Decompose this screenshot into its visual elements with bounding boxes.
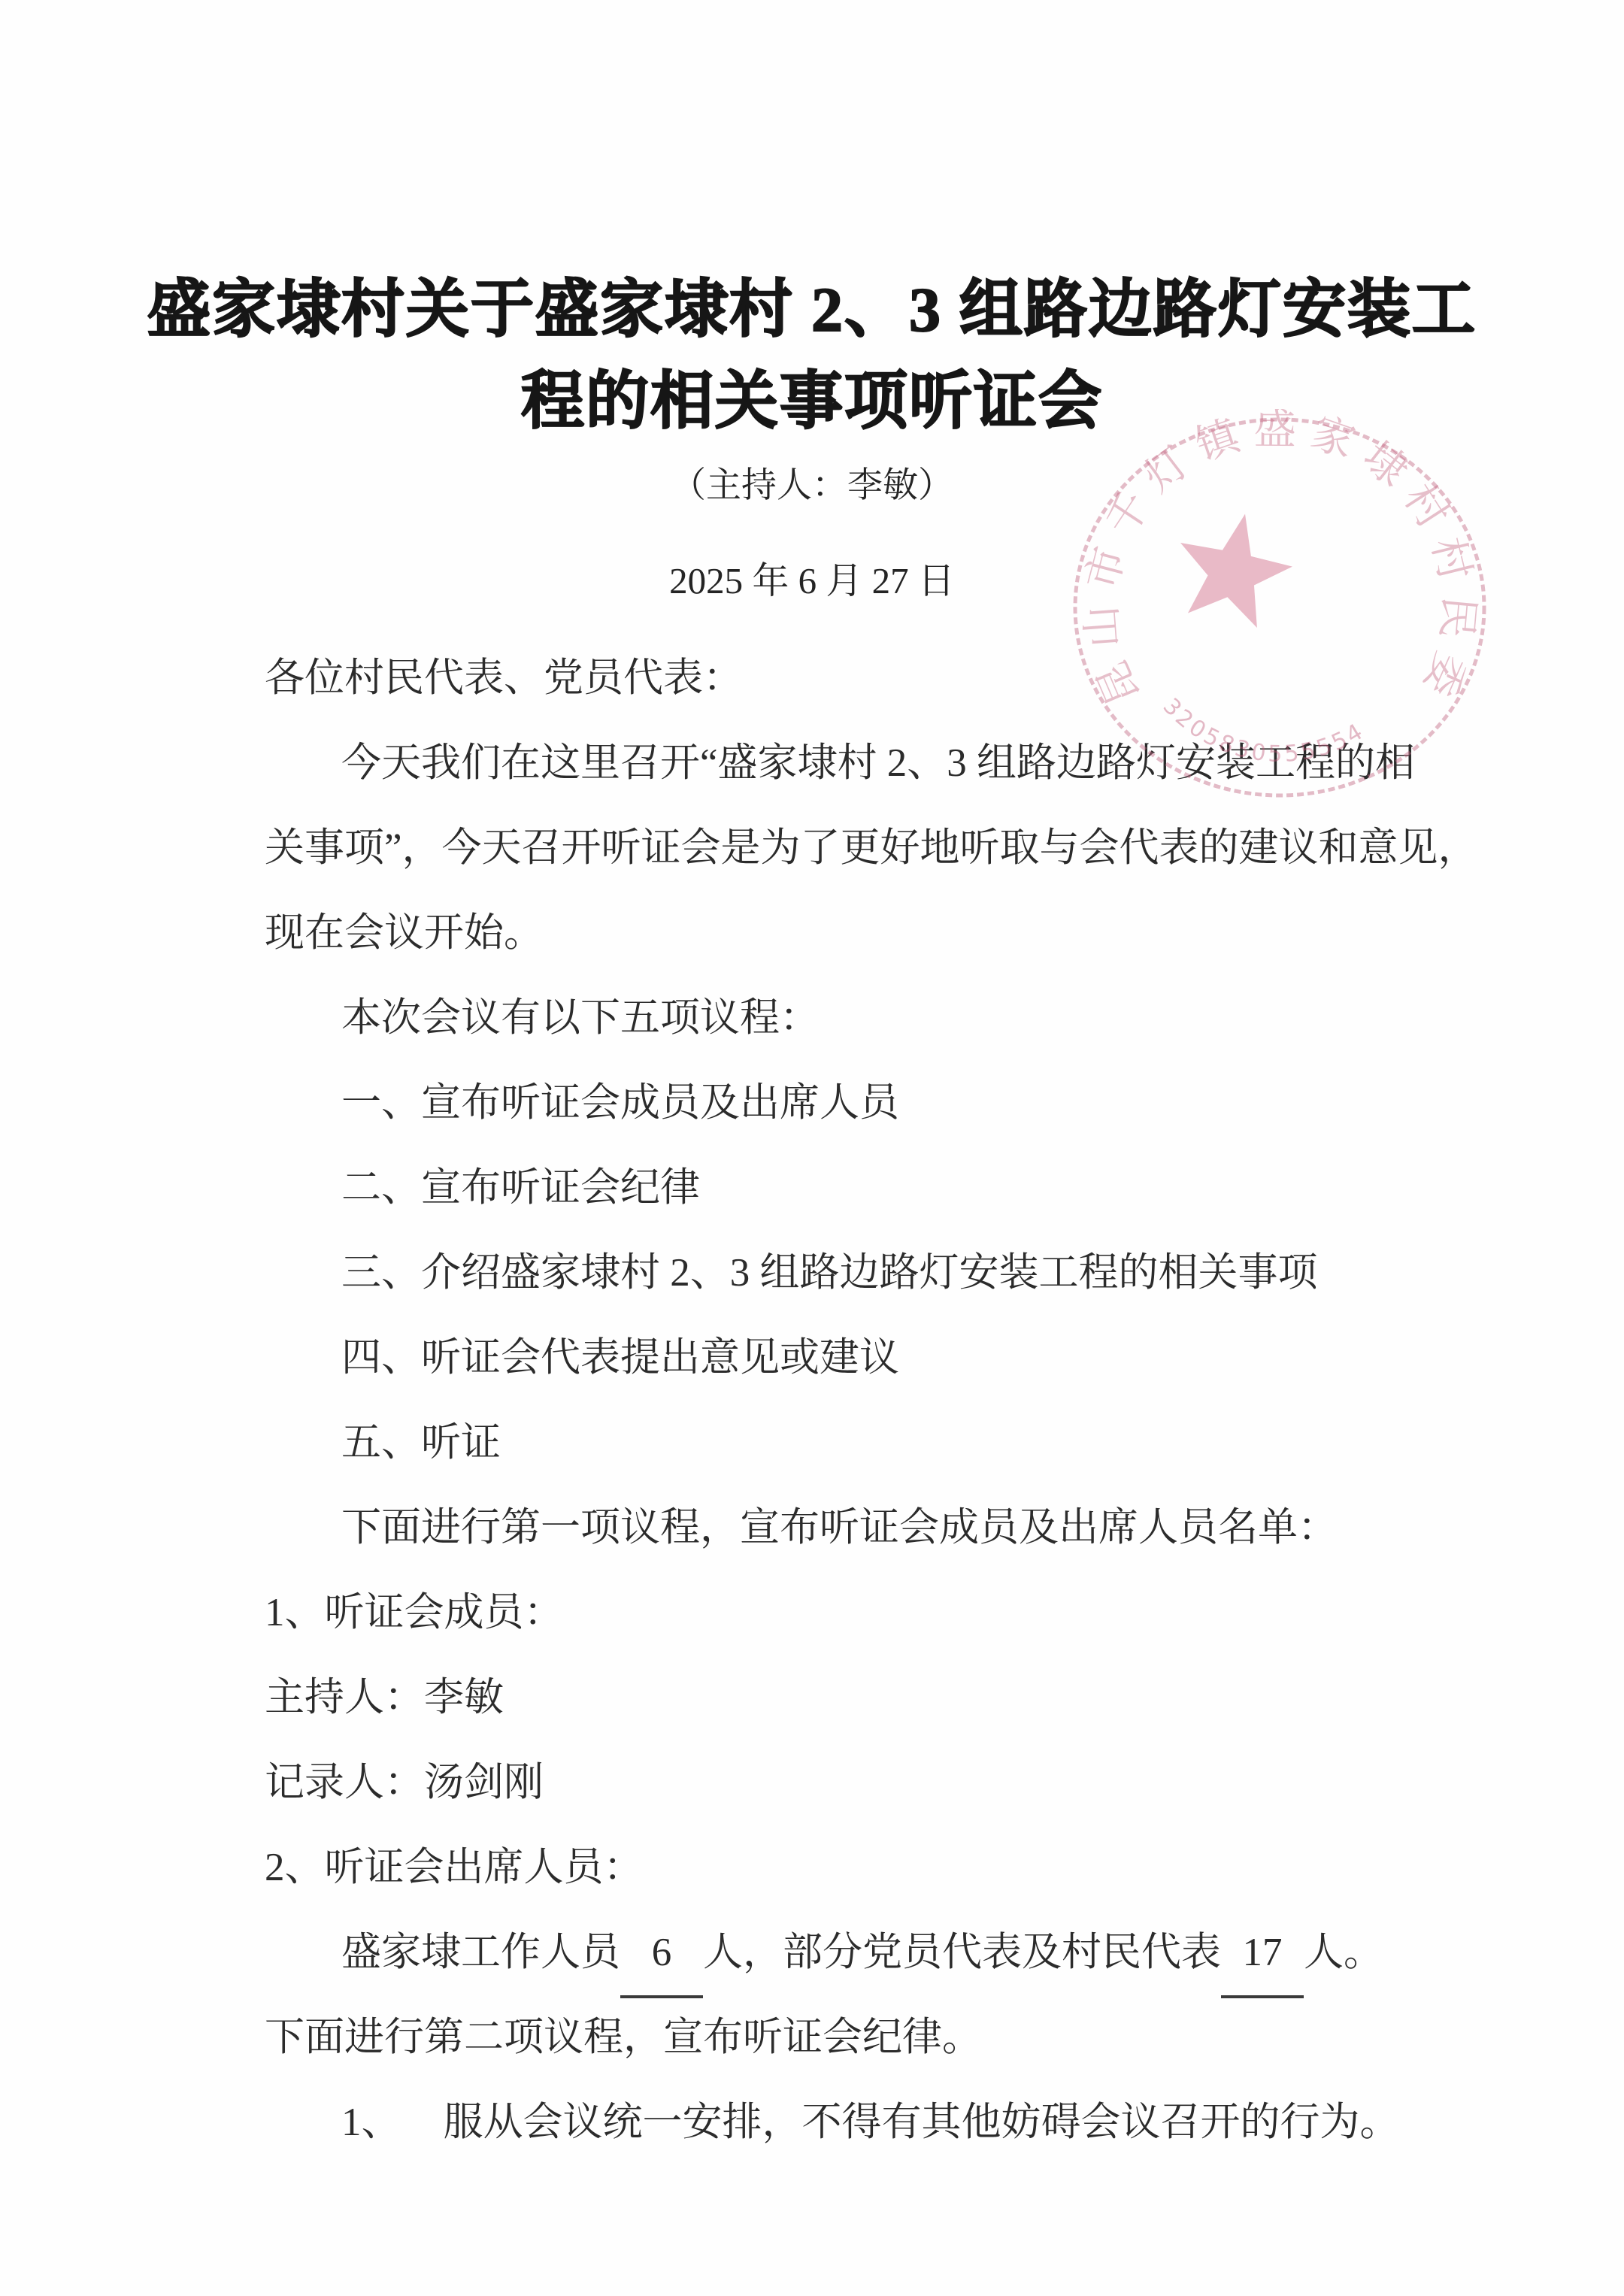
attendance-suffix: 人。: [1304, 1931, 1383, 1974]
agenda-item-1: 一、宣布听证会成员及出席人员: [265, 1061, 1453, 1146]
title-line-2: 程的相关事项听证会: [0, 356, 1624, 448]
transition-line: 下面进行第二项议程，宣布听证会纪律。: [265, 1995, 1453, 2080]
document-date: 2025 年 6 月 27 日: [0, 552, 1624, 604]
moderator-line: （主持人：李敏）: [0, 457, 1624, 507]
paragraph-line: 下面进行第一项议程，宣布听证会成员及出席人员名单：: [265, 1486, 1453, 1571]
recorder-name-line: 记录人：汤剑刚: [265, 1740, 1453, 1825]
staff-count-blank: 6: [620, 1910, 703, 1998]
salutation-line: 各位村民代表、党员代表：: [265, 636, 1453, 721]
agenda-item-5: 五、听证: [265, 1401, 1453, 1486]
rep-count-blank: 17: [1221, 1910, 1304, 1998]
paragraph-line: 现在会议开始。: [265, 891, 1453, 976]
rule-line-1: 1、服从会议统一安排，不得有其他妨碍会议召开的行为。: [265, 2080, 1453, 2165]
agenda-item-2: 二、宣布听证会纪律: [265, 1146, 1453, 1231]
paragraph-line: 关事项”，今天召开听证会是为了更好地听取与会代表的建议和意见，: [265, 806, 1453, 891]
attendees-heading: 2、听证会出席人员：: [265, 1825, 1453, 1910]
attendance-line: 盛家埭工作人员6人，部分党员代表及村民代表17人。: [265, 1910, 1453, 1995]
rule-number: 1、: [341, 2080, 401, 2165]
document-title: 盛家埭村关于盛家埭村 2、3 组路边路灯安装工 程的相关事项听证会: [0, 265, 1624, 448]
document-page: 盛家埭村关于盛家埭村 2、3 组路边路灯安装工 程的相关事项听证会 （主持人：李…: [0, 0, 1624, 2296]
agenda-intro-line: 本次会议有以下五项议程：: [265, 976, 1453, 1061]
document-body: 各位村民代表、党员代表： 今天我们在这里召开“盛家埭村 2、3 组路边路灯安装工…: [265, 636, 1453, 2165]
attendance-prefix: 盛家埭工作人员: [341, 1931, 620, 1974]
agenda-item-3: 三、介绍盛家埭村 2、3 组路边路灯安装工程的相关事项: [265, 1231, 1453, 1316]
moderator-name-line: 主持人：李敏: [265, 1655, 1453, 1740]
title-line-1: 盛家埭村关于盛家埭村 2、3 组路边路灯安装工: [0, 265, 1624, 356]
agenda-item-4: 四、听证会代表提出意见或建议: [265, 1316, 1453, 1401]
members-heading: 1、听证会成员：: [265, 1571, 1453, 1655]
rule-text: 服从会议统一安排，不得有其他妨碍会议召开的行为。: [444, 2101, 1400, 2144]
attendance-middle: 人，部分党员代表及村民代表: [703, 1931, 1221, 1974]
paragraph-line: 今天我们在这里召开“盛家埭村 2、3 组路边路灯安装工程的相: [265, 721, 1453, 806]
